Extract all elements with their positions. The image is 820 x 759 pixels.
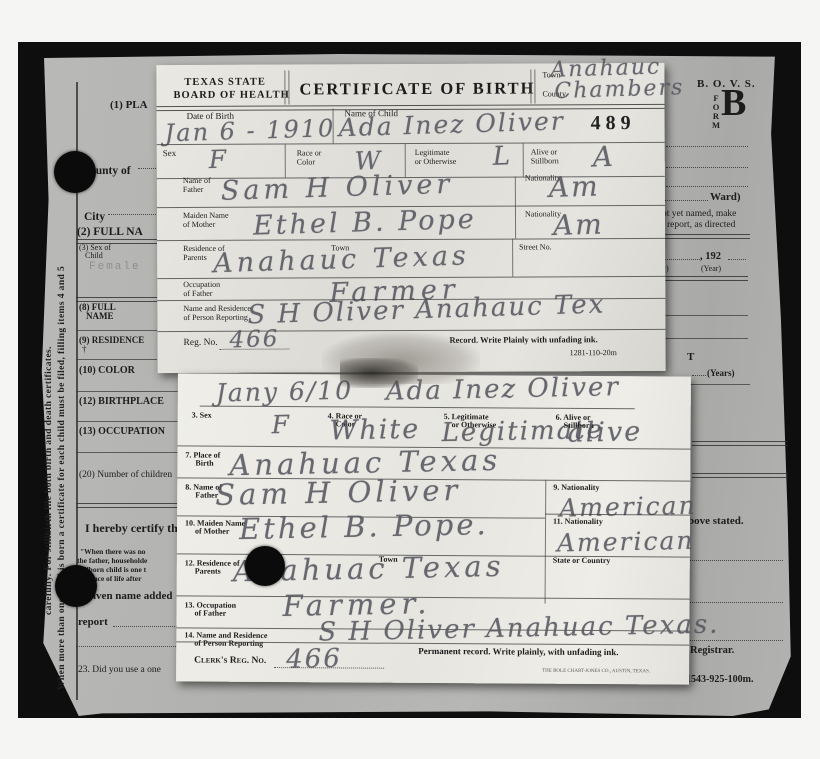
reporting-value-handwriting: S H Oliver Anahauc Tex: [247, 291, 606, 328]
reporting-value-handwriting: S H Oliver Anahuac Texas.: [318, 612, 720, 646]
bg-field-1-place: (1) PLA: [110, 100, 148, 112]
child-name-handwriting: Ada Inez Oliver: [338, 108, 565, 140]
right-column-divider: [545, 480, 547, 604]
certificate-title: CERTIFICATE OF BIRTH: [299, 79, 535, 97]
mother-value-handwriting: Ethel B. Pope: [253, 206, 477, 240]
bg-dotted-line: [690, 602, 783, 603]
sex-label: 3. Sex: [192, 412, 212, 421]
cell-divider: [515, 177, 516, 206]
bg-rule: [76, 391, 178, 392]
mother-label2: of Mother: [183, 221, 215, 230]
bg-given-name-added: iven name added: [93, 591, 172, 603]
bg-rule: [76, 330, 157, 331]
form-word-vertical: FORM: [711, 93, 721, 127]
father-label2: Father: [183, 186, 203, 194]
reg-no-label: Reg. No.: [184, 339, 218, 349]
street-no-label: Street No.: [519, 243, 551, 252]
bg-dotted-line: [666, 146, 748, 147]
father-value-handwriting: Sam H Oliver: [221, 171, 454, 205]
bg-field-20-number-children: (20) Number of children: [79, 471, 172, 481]
bg-not-yet-named-1: ot yet named, make: [662, 210, 736, 220]
alive-value-handwriting: A: [592, 143, 615, 172]
bg-rule: [76, 421, 178, 422]
bg-report-label: report: [78, 617, 108, 629]
father-nationality-handwriting: Am: [548, 173, 600, 203]
ink-stain-dark-core: [340, 358, 418, 388]
bg-dotted-line: [666, 186, 748, 187]
hole-punch-top: [54, 151, 96, 193]
margin-note-line2: carefully. For stillbirth file both birt…: [44, 185, 54, 615]
bg-field-county: ounty of: [90, 165, 131, 177]
clerk-reg-value-handwriting: 466: [286, 646, 342, 673]
org-line1: TEXAS STATE: [184, 77, 266, 88]
reg-no-value-handwriting: 466: [229, 328, 280, 353]
bg-field-3-child: Child: [85, 252, 103, 260]
sex-value-handwriting: F: [271, 412, 291, 437]
bg-not-yet-named-2: report, as directed: [667, 221, 735, 231]
bg-years-caption: (Years): [707, 369, 735, 378]
residence-label2: Parents: [183, 254, 207, 262]
header-divider: [534, 69, 535, 103]
bg-rule: [76, 503, 178, 508]
cell-divider: [333, 108, 334, 143]
bg-rule: [660, 276, 748, 281]
permanent-record-note: Permanent record. Write plainly, with un…: [418, 647, 618, 658]
bg-sex-typed-value: Female: [89, 262, 141, 274]
bg-field-9-residence: (9) RESIDENCE: [79, 336, 144, 345]
mother-label2: of Mother: [195, 528, 229, 537]
mother-value-handwriting: Ethel B. Pope.: [239, 510, 489, 544]
bg-dotted-line: [690, 560, 783, 561]
reporting-label2: of Person Reporting: [183, 314, 247, 323]
hole-punch-bottom: [55, 565, 97, 607]
card-rule: [177, 595, 690, 599]
bg-dotted-line: [666, 167, 748, 168]
place-of-birth-label2: Birth: [195, 460, 213, 469]
cell-divider: [285, 145, 286, 178]
printer-line: THE BOLE CHART-JONES CO., AUSTIN, TEXAS.: [542, 669, 650, 675]
race-value-handwriting: W: [354, 148, 382, 174]
bg-field-9-dagger: †: [82, 345, 87, 354]
mother-nationality-handwriting: Am: [553, 211, 605, 241]
ward-leader: [664, 200, 708, 201]
legitimate-value-handwriting: L: [492, 143, 512, 170]
residence-label2: Parents: [195, 568, 221, 577]
stamp-number: 489: [591, 113, 636, 134]
alive-label2: Stillborn: [531, 157, 559, 166]
bg-year-caption: (Year): [701, 265, 721, 273]
bg-registrar-label: Registrar.: [690, 645, 734, 656]
bg-certify-text: I hereby certify tha: [85, 522, 184, 535]
nationality-9-label: 9. Nationality: [553, 484, 599, 493]
bg-field-8-name: NAME: [86, 312, 114, 321]
county-value-handwriting: Chambers: [554, 77, 685, 103]
cell-divider: [512, 239, 513, 277]
cell-divider: [515, 206, 516, 239]
scanned-document-page: When more than one child is born a certi…: [0, 0, 820, 759]
occupation-label2: of Father: [183, 290, 212, 299]
bg-rule: [692, 473, 788, 478]
bg-rule: [692, 441, 788, 446]
card-rule: [200, 406, 635, 410]
clerk-reg-no-label: Clerk's Reg. No.: [194, 657, 266, 667]
org-line2: BOARD OF HEALTH: [173, 90, 289, 102]
bg-rule: [76, 452, 178, 453]
race-label2: Color: [297, 158, 315, 166]
bg-field-10-color: (10) COLOR: [79, 366, 135, 377]
mother-nationality-handwriting: American: [557, 528, 695, 556]
bg-rule: [660, 234, 750, 239]
bg-rule: [663, 338, 748, 339]
bg-rule: [76, 359, 157, 360]
nationality-11-label: 11. Nationality: [553, 518, 603, 527]
cell-divider: [523, 144, 524, 177]
bg-question-23: 23. Did you use a one: [78, 666, 161, 676]
years-leader: [692, 375, 706, 376]
bg-dotted-line: [688, 640, 783, 641]
print-code: 1281-110-20m: [570, 349, 617, 358]
certificate-card-top: TEXAS STATE BOARD OF HEALTH CERTIFICATE …: [156, 63, 665, 373]
sex-value-handwriting: F: [208, 147, 228, 173]
bg-field-2-full-name: (2) FULL NA: [77, 226, 143, 238]
bg-rule: [663, 315, 748, 316]
report-leader: [113, 626, 177, 627]
bg-year-192: , 192: [700, 251, 721, 262]
header-divider: [530, 69, 531, 103]
residence-value-handwriting: Anahauc Texas: [213, 242, 470, 277]
bg-field-city: City: [84, 211, 105, 223]
header-divider: [284, 71, 285, 105]
father-value-handwriting: Sam H Oliver: [215, 476, 462, 510]
hole-punch-card: [245, 546, 285, 586]
alive-value-handwriting: alive: [567, 418, 642, 446]
form-letter-b: B: [721, 84, 746, 122]
header-divider: [288, 71, 289, 105]
bg-field-13-occupation: (13) OCCUPATION: [79, 427, 165, 438]
dob-value-handwriting: Jan 6 - 1910: [164, 116, 335, 145]
bg-ward-fragment: Ward): [710, 192, 741, 204]
bg-footnote-1: "When there was no: [80, 547, 146, 556]
sex-label: Sex: [163, 149, 177, 158]
state-country-label: State or Country: [553, 557, 611, 566]
occupation-label2: of Father: [194, 610, 226, 619]
bg-t-fragment: T: [687, 352, 694, 364]
race-value-handwriting: White: [329, 416, 420, 445]
bg-field-12-birthplace: (12) BIRTHPLACE: [79, 397, 164, 408]
year-leader: [660, 259, 700, 260]
year-leader2: [728, 259, 746, 260]
bg-dotted-line: [76, 646, 178, 647]
certificate-card-bottom: Jany 6/10 Ada Inez Oliver 3. Sex F 4. Ra…: [176, 373, 691, 684]
bg-footnote-2: the father, householde: [77, 556, 147, 565]
legitimate-label2: or Otherwise: [415, 158, 457, 167]
